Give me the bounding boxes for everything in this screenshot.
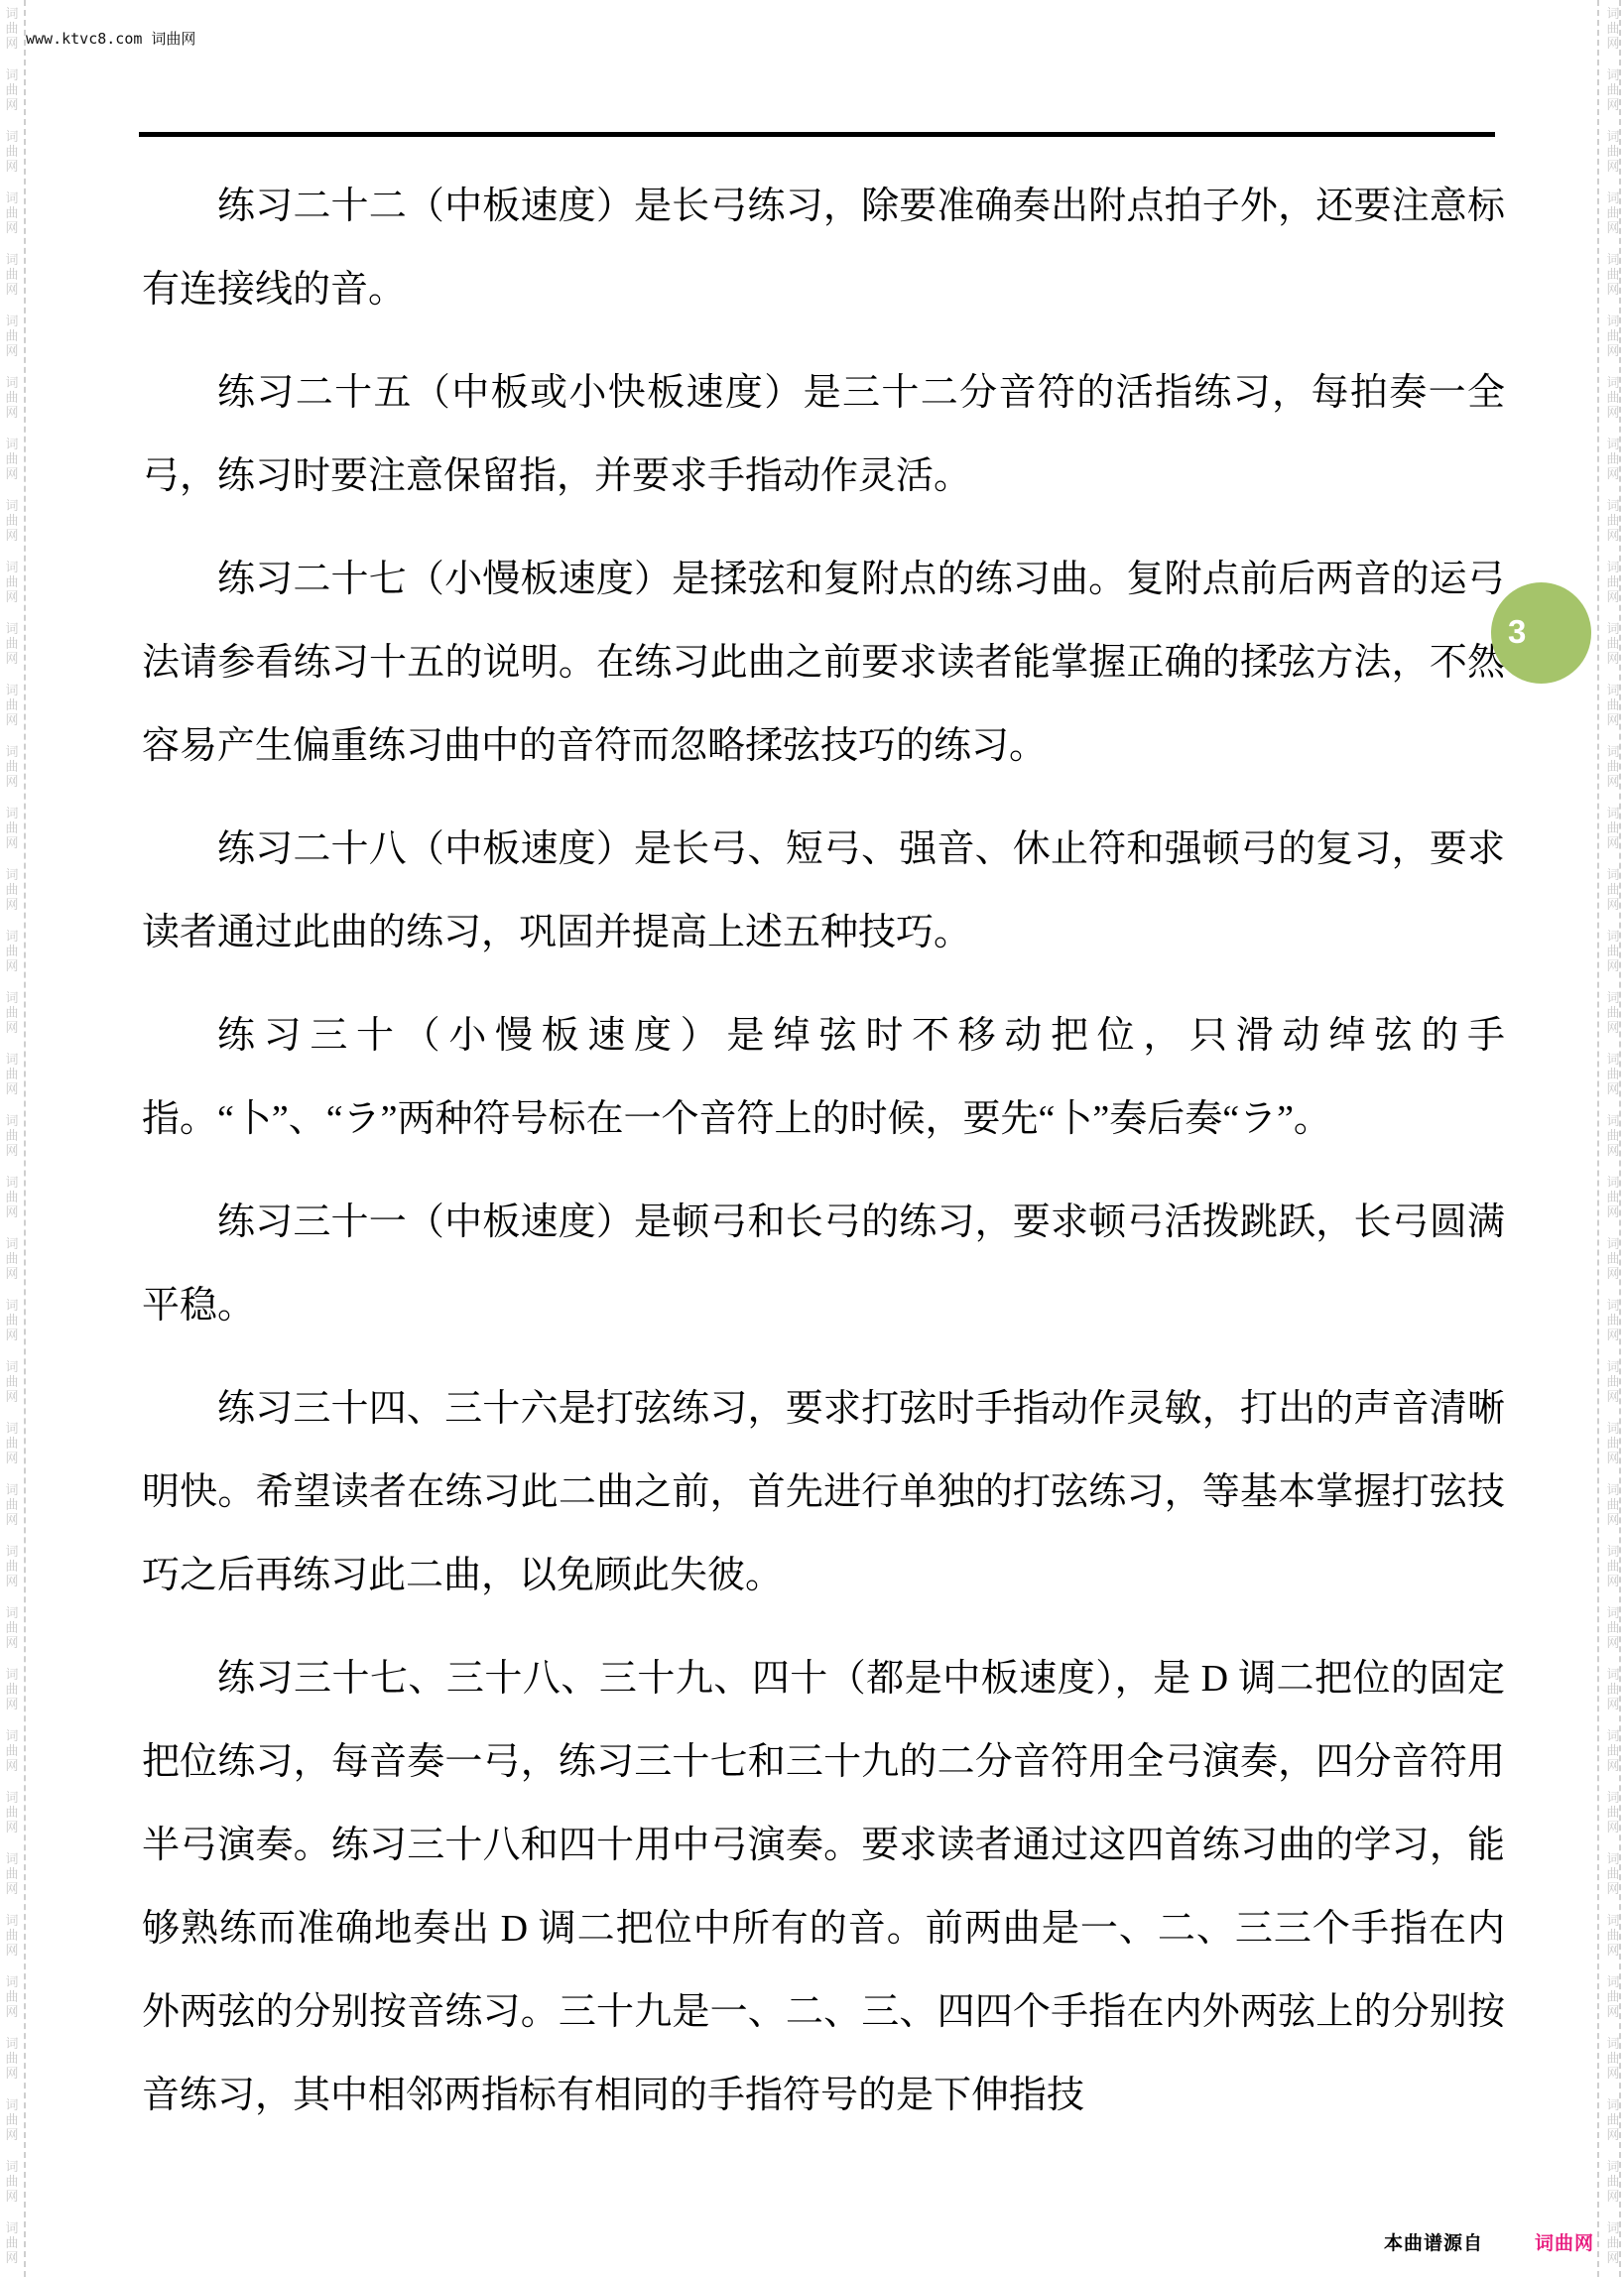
margin-watermark-text: 词曲网	[3, 1052, 21, 1096]
top-divider	[139, 132, 1495, 137]
margin-watermark-text: 词曲网	[3, 1236, 21, 1281]
body-paragraph: 练习二十五（中板或小快板速度）是三十二分音符的活指练习，每拍奏一全弓，练习时要注…	[142, 351, 1505, 518]
margin-watermark-text: 词曲网	[3, 929, 21, 973]
page-number-badge: 3	[1491, 582, 1591, 684]
margin-watermark-text: 词曲网	[3, 1421, 21, 1465]
margin-watermark-text: 词曲网	[3, 314, 21, 358]
margin-watermark-text: 词曲网	[3, 1482, 21, 1527]
margin-watermark-text: 词曲网	[3, 1667, 21, 1711]
margin-watermark-text: 词曲网	[3, 190, 21, 235]
margin-watermark-text: 词曲网	[3, 129, 21, 174]
margin-watermark-text: 词曲网	[3, 1175, 21, 1219]
margin-watermark-text: 词曲网	[3, 2036, 21, 2081]
left-margin-watermark-column: 词曲网词曲网词曲网词曲网词曲网词曲网词曲网词曲网词曲网词曲网词曲网词曲网词曲网词…	[3, 6, 21, 2277]
footer-source-label: 本曲谱源自	[1384, 2228, 1483, 2255]
margin-watermark-text: 词曲网	[3, 990, 21, 1035]
site-url-watermark[interactable]: www.ktvc8.com 词曲网	[26, 28, 195, 49]
footer-credit: 本曲谱源自 词曲网	[1384, 2228, 1594, 2255]
margin-watermark-text: 词曲网	[3, 621, 21, 666]
margin-watermark-text: 词曲网	[3, 437, 21, 481]
body-paragraph: 练习二十七（小慢板速度）是揉弦和复附点的练习曲。复附点前后两音的运弓法请参看练习…	[142, 538, 1505, 788]
body-paragraph: 练习三十四、三十六是打弦练习，要求打弦时手指动作灵敏，打出的声音清晰明快。希望读…	[142, 1367, 1505, 1617]
body-paragraph: 练习二十八（中板速度）是长弓、短弓、强音、休止符和强顿弓的复习，要求读者通过此曲…	[142, 808, 1505, 974]
document-body: 练习二十二（中板速度）是长弓练习，除要准确奏出附点拍子外，还要注意标有连接线的音…	[142, 165, 1505, 2157]
margin-watermark-text: 词曲网	[3, 2097, 21, 2142]
body-paragraph: 练习三十（小慢板速度）是绰弦时不移动把位，只滑动绰弦的手指。“卜”、“ラ”两种符…	[142, 994, 1505, 1161]
margin-watermark-text: 词曲网	[3, 375, 21, 420]
margin-watermark-text: 词曲网	[3, 1913, 21, 1958]
margin-watermark-text: 词曲网	[3, 560, 21, 604]
margin-watermark-text: 词曲网	[3, 252, 21, 297]
margin-watermark-text: 词曲网	[3, 1974, 21, 2019]
margin-watermark-text: 词曲网	[3, 67, 21, 112]
margin-watermark-text: 词曲网	[3, 744, 21, 789]
margin-watermark-text: 词曲网	[3, 867, 21, 912]
page-number: 3	[1508, 613, 1526, 651]
margin-watermark-text: 词曲网	[3, 6, 21, 51]
margin-watermark-text: 词曲网	[3, 1790, 21, 1834]
margin-watermark-text: 词曲网	[3, 1728, 21, 1773]
margin-watermark-text: 词曲网	[3, 2220, 21, 2265]
margin-watermark-text: 词曲网	[3, 683, 21, 727]
margin-watermark-text: 词曲网	[3, 1851, 21, 1896]
margin-watermark-text: 词曲网	[3, 1113, 21, 1158]
margin-watermark-text: 词曲网	[3, 1359, 21, 1404]
margin-watermark-text: 词曲网	[3, 2159, 21, 2204]
footer-site-link[interactable]: 词曲网	[1535, 2228, 1594, 2255]
right-margin-outer-divider	[1619, 0, 1621, 2277]
margin-watermark-text: 词曲网	[3, 498, 21, 543]
margin-watermark-text: 词曲网	[3, 1605, 21, 1650]
body-paragraph: 练习二十二（中板速度）是长弓练习，除要准确奏出附点拍子外，还要注意标有连接线的音…	[142, 165, 1505, 331]
margin-watermark-text: 词曲网	[3, 806, 21, 850]
margin-watermark-text: 词曲网	[3, 1544, 21, 1588]
body-paragraph: 练习三十一（中板速度）是顿弓和长弓的练习，要求顿弓活拨跳跃，长弓圆满平稳。	[142, 1181, 1505, 1347]
left-margin-divider	[24, 0, 26, 2277]
body-paragraph: 练习三十七、三十八、三十九、四十（都是中板速度），是 D 调二把位的固定把位练习…	[142, 1637, 1505, 2137]
margin-watermark-text: 词曲网	[3, 1298, 21, 1342]
right-margin-divider	[1597, 0, 1599, 2277]
